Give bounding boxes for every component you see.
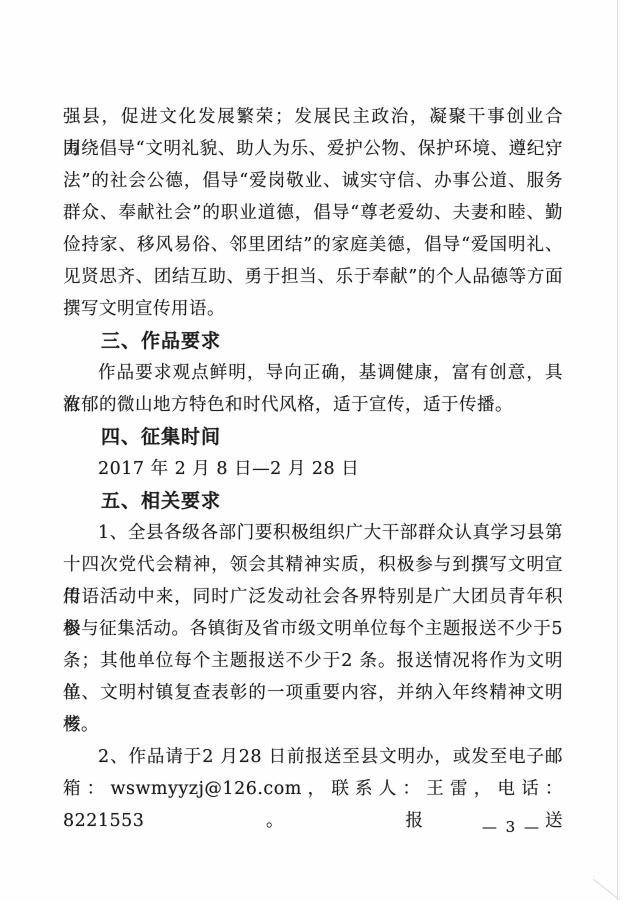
doc-line: 条；其他单位每个主题报送不少于2 条。报送情况将作为文明单 (63, 645, 563, 677)
doc-line-contact-info: 箱：wswmyyzj@126.com，联系人：王雷，电话：8221553。报送 (63, 773, 563, 805)
doc-line-date-range: 2017 年 2 月 8 日—2 月 28 日 (63, 453, 563, 485)
doc-line: 法”的社会公德，倡导“爱岗敬业、诚实守信、办事公道、服务 (63, 165, 563, 197)
scanned-document-page: 强县，促进文化发展繁荣；发展民主政治，凝聚干事创业合力； 围绕倡导“文明礼貌、助… (0, 0, 623, 900)
doc-line: 用语活动中来，同时广泛发动社会各界特别是广大团员青年积极 (63, 581, 563, 613)
doc-line: 位、文明村镇复查表彰的一项重要内容，并纳入年终精神文明考 (63, 677, 563, 709)
doc-line: 参与征集活动。各镇街及省市级文明单位每个主题报送不少于5 (63, 613, 563, 645)
section-heading-4: 四、征集时间 (63, 421, 563, 453)
doc-line: 见贤思齐、团结互助、勇于担当、乐于奉献”的个人品德等方面 (63, 261, 563, 293)
page-number: — 3 — (482, 818, 541, 836)
doc-line: 2、作品请于2 月28 日前报送至县文明办，或发至电子邮 (63, 741, 563, 773)
doc-line: 群众、奉献社会”的职业道德，倡导“尊老爱幼、夫妻和睦、勤 (63, 197, 563, 229)
section-heading-3: 三、作品要求 (63, 325, 563, 357)
document-body: 强县，促进文化发展繁荣；发展民主政治，凝聚干事创业合力； 围绕倡导“文明礼貌、助… (63, 101, 563, 805)
section-heading-5: 五、相关要求 (63, 485, 563, 517)
doc-line: 俭持家、移风易俗、邻里团结”的家庭美德，倡导“爱国明礼、 (63, 229, 563, 261)
doc-line: 作品要求观点鲜明，导向正确，基调健康，富有创意，具有 (63, 357, 563, 389)
doc-line: 核。 (63, 709, 563, 741)
doc-line: 围绕倡导“文明礼貌、助人为乐、爱护公物、保护环境、遵纪守 (63, 133, 563, 165)
scan-edge-artifact (617, 0, 618, 900)
doc-line: 浓郁的微山地方特色和时代风格，适于宣传，适于传播。 (63, 389, 563, 421)
doc-line: 撰写文明宣传用语。 (63, 293, 563, 325)
doc-line: 强县，促进文化发展繁荣；发展民主政治，凝聚干事创业合力； (63, 101, 563, 133)
scan-corner-artifact (593, 879, 623, 900)
doc-line: 1、全县各级各部门要积极组织广大干部群众认真学习县第 (63, 517, 563, 549)
doc-line: 十四次党代会精神，领会其精神实质，积极参与到撰写文明宣传 (63, 549, 563, 581)
